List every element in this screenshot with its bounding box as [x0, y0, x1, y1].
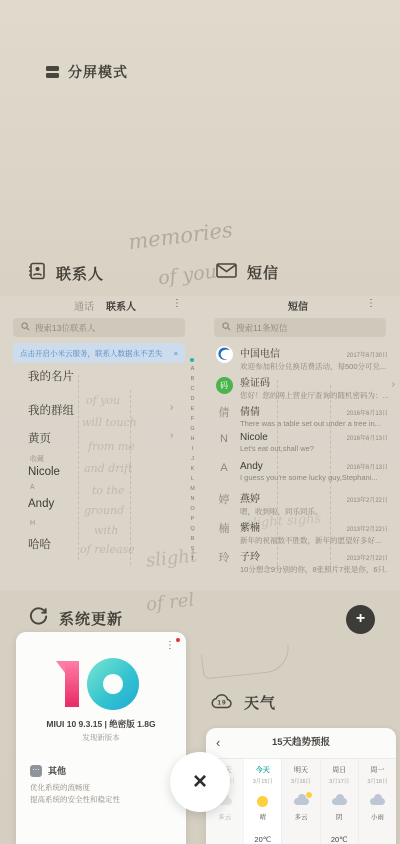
message-date: 2013年2月22日 [347, 495, 388, 504]
svg-text:19: 19 [217, 700, 226, 707]
ellipsis-icon: ⋯ [30, 765, 42, 777]
split-screen-icon [46, 66, 59, 78]
telecom-logo-icon [215, 346, 233, 368]
message-date: 2013年2月22日 [347, 553, 388, 562]
index-star-icon [190, 358, 194, 362]
message-sender: 验证码 [240, 374, 270, 389]
chevron-right-icon: › [170, 430, 173, 441]
message-sender: 紫楠 [240, 519, 260, 534]
sms-app-name: 短信 [247, 262, 279, 283]
page-title: 分屏模式 [68, 62, 128, 82]
contact-row-haha[interactable]: 哈哈 [28, 536, 51, 552]
weather-cloud-icon: 19 [210, 692, 234, 713]
cloud-service-banner[interactable]: 点击开启小米云服务，联系人数据永不丢失 × [13, 343, 185, 363]
wallpaper-boat-sketch [201, 645, 291, 679]
chevron-right-icon: › [392, 379, 395, 390]
card-menu-icon[interactable]: ⋮ [165, 640, 175, 651]
date-label: 3月18日 [367, 777, 387, 785]
temp-label: 20℃ [331, 835, 348, 844]
close-button[interactable]: × [170, 752, 230, 812]
message-list: 中国电信2017年6月30日 欢迎参加积分兑换话费活动，每500分可兑... 码… [200, 342, 400, 574]
back-chevron-icon[interactable]: ‹ [216, 728, 220, 758]
message-date: 2013年2月22日 [347, 524, 388, 533]
contacts-book-icon [28, 262, 46, 284]
contacts-menu-icon[interactable]: ⋮ [172, 298, 182, 309]
weather-app-label: 19 天气 [210, 692, 276, 713]
date-label: 3月15日 [253, 777, 273, 785]
contacts-search-placeholder: 搜索13位联系人 [35, 322, 95, 334]
envelope-icon [216, 263, 237, 282]
message-row[interactable]: 楠 紫楠2013年2月22日 新年的祝福数不胜数，新年的愿望好多好... [200, 516, 400, 545]
day-label: 周一 [370, 765, 384, 775]
forecast-col-sunday[interactable]: 周日 3月17日 阴 20℃ [321, 759, 359, 844]
message-preview: There was a table set out under a tree i… [240, 419, 388, 428]
message-row-telecom[interactable]: 中国电信2017年6月30日 欢迎参加积分兑换话费活动，每500分可兑... [200, 342, 400, 371]
weather-forecast-card[interactable]: ‹ 15天趋势预报 昨天 3月14日 多云 今天 3月15日 晴 20℃ 明天 … [206, 728, 396, 844]
condition-label: 小雨 [371, 812, 384, 821]
avatar: 倩 [215, 404, 233, 420]
message-date: 2016年6月13日 [347, 408, 388, 417]
date-label: 3月16日 [291, 777, 311, 785]
weather-card-header: ‹ 15天趋势预报 [206, 728, 396, 759]
section-header-h: H [30, 520, 35, 527]
other-label: 其他 [48, 764, 66, 777]
weather-card-title: 15天趋势预报 [206, 728, 396, 758]
banner-close-icon[interactable]: × [174, 349, 178, 358]
message-preview: I guess you're some lucky guy,Stephani..… [240, 473, 388, 482]
tab-contacts[interactable]: 联系人 [106, 298, 136, 313]
message-sender: 燕婷 [240, 490, 260, 505]
add-button[interactable]: + [346, 605, 375, 634]
other-section-header: ⋯ 其他 [30, 764, 66, 777]
forecast-col-monday[interactable]: 周一 3月18日 小雨 [359, 759, 396, 844]
message-sender: 子玲 [240, 548, 260, 563]
sms-app-preview[interactable]: 短信 ⋮ 搜索11条短信 中国电信2017年6月30日 欢迎参加积分兑换话费活动… [200, 296, 400, 590]
sms-menu-icon[interactable]: ⋮ [366, 298, 376, 309]
split-screen-setup-screen: memories of you of you will touch from m… [0, 0, 400, 844]
chevron-right-icon: › [170, 402, 173, 413]
forecast-col-tomorrow[interactable]: 明天 3月16日 多云 [282, 759, 320, 844]
overcast-icon [332, 798, 347, 805]
code-avatar: 码 [216, 377, 233, 394]
message-sender: 中国电信 [240, 345, 280, 360]
day-label: 今天 [256, 765, 270, 775]
list-item-my-groups[interactable]: 我的群组 [28, 402, 74, 418]
list-item-yellow-pages[interactable]: 黄页 [28, 430, 51, 446]
message-preview: Let's eat out,shall we? [240, 444, 388, 453]
message-preview: 10分想念9分别的你，8张照片7张是你，6只... [240, 564, 388, 575]
contacts-app-preview[interactable]: 通话 联系人 ⋮ 搜索13位联系人 点击开启小米云服务，联系人数据永不丢失 × … [0, 296, 200, 590]
wallpaper-word: memories [127, 218, 234, 255]
contacts-app-label: 联系人 [28, 262, 104, 284]
cloud-banner-text: 点击开启小米云服务，联系人数据永不丢失 [20, 348, 163, 359]
message-row[interactable]: N Nicole2016年6月13日 Let's eat out,shall w… [200, 429, 400, 458]
miui-10-logo [63, 658, 139, 710]
sms-search-placeholder: 搜索11条短信 [236, 322, 287, 334]
forecast-col-today[interactable]: 今天 3月15日 晴 20℃ [244, 759, 282, 844]
condition-label: 多云 [218, 812, 231, 821]
wallpaper-word: of rel [145, 590, 195, 616]
sms-search-input[interactable]: 搜索11条短信 [214, 318, 386, 337]
partly-cloudy-icon [294, 798, 309, 805]
index-letters[interactable]: ABCDEFGHIJKLMNOPQRST [189, 366, 195, 566]
avatar: A [215, 462, 233, 474]
day-label: 明天 [294, 765, 308, 775]
avatar: 楠 [215, 520, 233, 536]
wallpaper-word: of you [157, 260, 218, 289]
miui-version-text: MIUI 10 9.3.15 | 绝密版 1.8G [16, 718, 186, 730]
temp-label: 20℃ [254, 835, 271, 844]
page-header: 分屏模式 [46, 62, 128, 82]
tab-calls[interactable]: 通话 [74, 298, 94, 313]
message-row-code[interactable]: 码 验证码 您好！您的网上营业厅查询的随机密码为：... › [200, 371, 400, 400]
system-update-name: 系统更新 [59, 608, 123, 629]
message-date: 2016年6月13日 [347, 433, 388, 442]
section-header-a: A [30, 484, 35, 491]
date-label: 3月17日 [329, 777, 349, 785]
update-note: 提高系统的安全性和稳定性 [30, 794, 120, 806]
alphabet-index[interactable]: ABCDEFGHIJKLMNOPQRST [189, 358, 195, 566]
condition-label: 晴 [260, 812, 267, 821]
sms-app-label: 短信 [216, 262, 279, 283]
update-status-text: 发现新版本 [16, 732, 186, 743]
section-header-favorites: 收藏 [30, 454, 44, 464]
contact-row-andy[interactable]: Andy [28, 498, 54, 510]
update-notes: 优化系统的流畅度 提高系统的安全性和稳定性 [30, 782, 120, 805]
search-icon [222, 322, 231, 333]
message-sender: Nicole [240, 432, 268, 443]
system-update-label: 系统更新 [28, 606, 123, 631]
light-rain-icon [370, 798, 385, 805]
search-icon [21, 322, 30, 333]
tab-sms[interactable]: 短信 [288, 298, 308, 313]
message-sender: 倩倩 [240, 403, 260, 418]
forecast-columns: 昨天 3月14日 多云 今天 3月15日 晴 20℃ 明天 3月16日 多云 [206, 759, 396, 844]
message-date: 2016年6月13日 [347, 462, 388, 471]
message-row[interactable]: 玲 子玲2013年2月22日 10分想念9分别的你，8张照片7张是你，6只... [200, 545, 400, 574]
contacts-search-input[interactable]: 搜索13位联系人 [13, 318, 185, 337]
sunny-icon [257, 796, 268, 807]
weather-app-name: 天气 [244, 692, 276, 713]
condition-label: 多云 [295, 812, 308, 821]
day-label: 周日 [332, 765, 346, 775]
message-row[interactable]: A Andy2016年6月13日 I guess you're some luc… [200, 458, 400, 487]
condition-label: 阴 [336, 812, 343, 821]
contacts-app-name: 联系人 [56, 263, 104, 284]
avatar: 婷 [215, 491, 233, 507]
message-row[interactable]: 倩 倩倩2016年6月13日 There was a table set out… [200, 400, 400, 429]
message-row[interactable]: 婷 燕婷2013年2月22日 嗯，收到啦，同乐同乐。 [200, 487, 400, 516]
update-refresh-icon [28, 606, 49, 631]
message-date: 2017年6月30日 [347, 350, 388, 359]
system-update-card[interactable]: ⋮ MIUI 10 9.3.15 | 绝密版 1.8G 发现新版本 ⋯ 其他 优… [16, 632, 186, 844]
avatar: N [215, 433, 233, 445]
list-item-my-card[interactable]: 我的名片 [28, 368, 74, 384]
contact-row-nicole[interactable]: Nicole [28, 466, 60, 478]
message-sender: Andy [240, 461, 263, 472]
avatar: 玲 [215, 549, 233, 565]
update-note: 优化系统的流畅度 [30, 782, 120, 794]
